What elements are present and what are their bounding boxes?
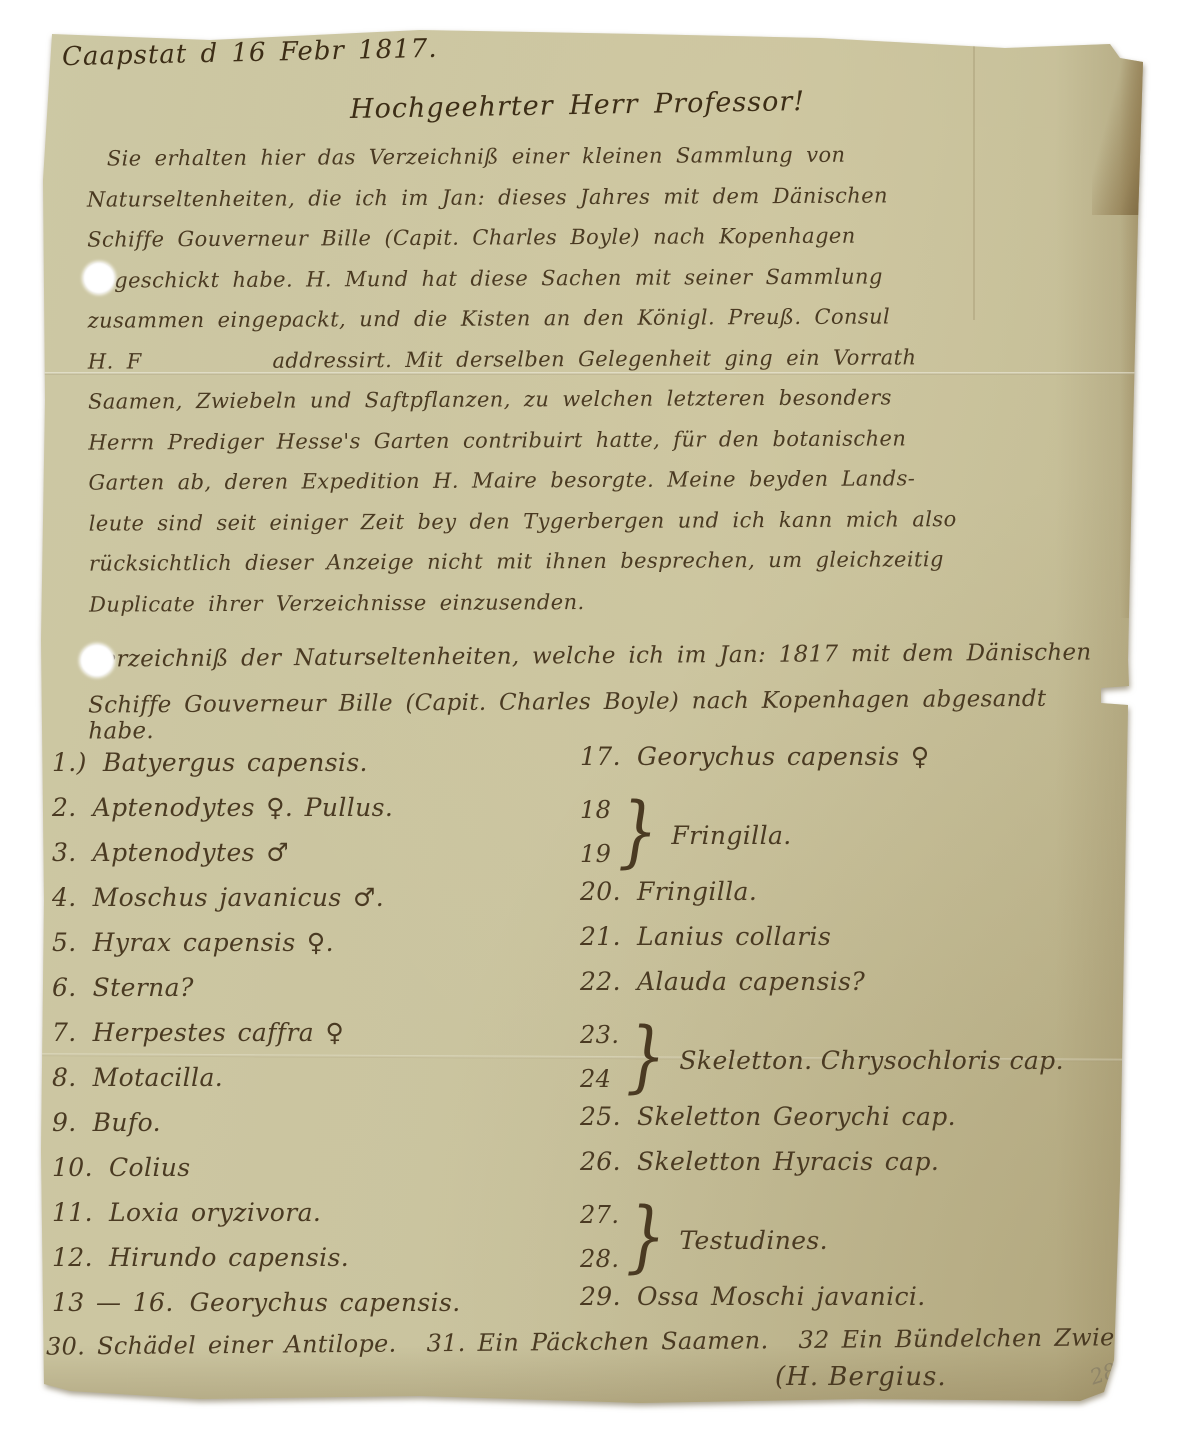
specimen-braced-group: 1819}Fringilla. xyxy=(580,787,1145,877)
specimen-braced-group: 27.28.}Testudines. xyxy=(580,1192,1145,1282)
dateline: Caapstat d 16 Febr 1817. xyxy=(62,34,438,73)
specimen-name: Ossa Moschi javanici. xyxy=(637,1282,926,1311)
specimen-name: Bufo. xyxy=(93,1108,161,1137)
body-line: zusammen eingepackt, und die Kisten an d… xyxy=(88,303,1103,349)
specimen-number: 12. xyxy=(52,1243,93,1272)
specimen-name: Alauda capensis? xyxy=(637,967,865,996)
specimen-number: 7. xyxy=(52,1018,77,1047)
body-line: H. F addressirt. Mit derselben Gelegenhe… xyxy=(88,344,1103,390)
body-line: Schiffe Gouverneur Bille (Capit. Charles… xyxy=(87,222,1102,268)
specimen-row: 1.)Batyergus capensis. xyxy=(52,748,532,793)
body-line: Duplicate ihrer Verzeichnisse einzusende… xyxy=(89,587,1104,633)
punch-hole-bottom xyxy=(80,644,114,677)
specimen-number: 2. xyxy=(52,793,77,822)
specimen-number: 3. xyxy=(52,838,77,867)
punch-hole-top xyxy=(83,262,115,294)
body-line: Herrn Prediger Hesse's Garten contribuir… xyxy=(88,425,1103,471)
specimen-name: Motacilla. xyxy=(93,1063,223,1092)
specimen-number: 23. xyxy=(580,1021,619,1049)
specimen-list-left: 1.)Batyergus capensis.2.Aptenodytes ♀. P… xyxy=(52,748,532,1333)
specimen-number: 22. xyxy=(580,967,621,996)
specimen-row: 12.Hirundo capensis. xyxy=(52,1243,532,1288)
specimen-name: Aptenodytes ♂ xyxy=(93,838,289,867)
body-line: leute sind seit einiger Zeit bey den Tyg… xyxy=(89,506,1104,552)
specimen-number: 5. xyxy=(52,928,77,957)
footer-specimen: 30. Schädel einer Antilope. xyxy=(46,1330,397,1361)
specimen-number: 21. xyxy=(580,922,621,951)
specimen-name: Hyrax capensis ♀. xyxy=(93,928,334,957)
specimen-number: 10. xyxy=(52,1153,93,1182)
brace-glyph: } xyxy=(618,796,658,868)
list-heading-line: Verzeichniß der Naturseltenheiten, welch… xyxy=(88,639,1108,692)
specimen-number: 8. xyxy=(52,1063,77,1092)
specimen-name: Sterna? xyxy=(93,973,194,1002)
specimen-name: Batyergus capensis. xyxy=(103,748,368,777)
specimen-number: 19 xyxy=(580,840,611,868)
specimen-number: 28. xyxy=(580,1245,619,1273)
footer-specimen: 32 Ein Bündelchen Zwiebeln. xyxy=(798,1323,1176,1354)
letter-page: Caapstat d 16 Febr 1817. Hochgeehrter He… xyxy=(0,0,1181,1433)
specimen-row: 2.Aptenodytes ♀. Pullus. xyxy=(52,793,532,838)
specimen-name: Herpestes caffra ♀ xyxy=(93,1018,344,1047)
specimen-row: 4.Moschus javanicus ♂. xyxy=(52,883,532,928)
list-heading-line: Schiffe Gouverneur Bille (Capit. Charles… xyxy=(88,685,1108,738)
specimen-numbers: 23.24 xyxy=(580,1021,619,1093)
specimen-name: Loxia oryzivora. xyxy=(109,1198,321,1227)
specimen-braced-group: 23.24}Skeletton. Chrysochloris cap. xyxy=(580,1012,1145,1102)
specimen-name: Hirundo capensis. xyxy=(109,1243,349,1272)
specimen-row: 26.Skeletton Hyracis cap. xyxy=(580,1147,1145,1192)
specimen-numbers: 27.28. xyxy=(580,1201,619,1273)
body-line: Garten ab, deren Expedition H. Maire bes… xyxy=(88,465,1103,511)
specimen-name: Georychus capensis. xyxy=(190,1288,461,1317)
specimen-row: 22.Alauda capensis? xyxy=(580,967,1145,1012)
specimen-name: Lanius collaris xyxy=(637,922,831,951)
body-line: Naturseltenheiten, die ich im Jan: diese… xyxy=(87,182,1102,228)
body-line: Sie erhalten hier das Verzeichniß einer … xyxy=(87,141,1102,187)
specimen-name: Moschus javanicus ♂. xyxy=(93,883,384,912)
specimen-row: 10.Colius xyxy=(52,1153,532,1198)
body-line: Saamen, Zwiebeln und Saftpflanzen, zu we… xyxy=(88,384,1103,430)
body-line: rücksichtlich dieser Anzeige nicht mit i… xyxy=(89,546,1104,592)
specimen-number: 13 — 16. xyxy=(52,1288,174,1317)
specimen-row: 8.Motacilla. xyxy=(52,1063,532,1108)
specimen-name: Fringilla. xyxy=(637,877,757,906)
specimen-name: Colius xyxy=(109,1153,191,1182)
specimen-number: 17. xyxy=(580,742,621,771)
salutation: Hochgeehrter Herr Professor! xyxy=(350,86,806,125)
specimen-list-right: 17.Georychus capensis ♀1819}Fringilla.20… xyxy=(580,742,1145,1327)
specimen-row: 29.Ossa Moschi javanici. xyxy=(580,1282,1145,1327)
specimen-name: Georychus capensis ♀ xyxy=(637,742,930,771)
list-heading: Verzeichniß der Naturseltenheiten, welch… xyxy=(88,639,1109,738)
specimen-number: 6. xyxy=(52,973,77,1002)
specimen-row: 3.Aptenodytes ♂ xyxy=(52,838,532,883)
specimen-row: 25.Skeletton Georychi cap. xyxy=(580,1102,1145,1147)
specimen-row: 7.Herpestes caffra ♀ xyxy=(52,1018,532,1063)
specimen-row: 13 — 16.Georychus capensis. xyxy=(52,1288,532,1333)
letter-body: Sie erhalten hier das Verzeichniß einer … xyxy=(87,141,1105,632)
specimen-number: 4. xyxy=(52,883,77,912)
specimen-row: 6.Sterna? xyxy=(52,973,532,1018)
ink-speck xyxy=(1118,1371,1123,1376)
brace-glyph: } xyxy=(626,1021,666,1093)
specimen-row: 21.Lanius collaris xyxy=(580,922,1145,967)
specimen-number: 25. xyxy=(580,1102,621,1131)
specimen-number: 29. xyxy=(580,1282,621,1311)
specimen-number: 24 xyxy=(580,1065,619,1093)
specimen-numbers: 1819 xyxy=(580,796,611,868)
specimen-name: Skeletton Hyracis cap. xyxy=(637,1147,939,1176)
specimen-number: 27. xyxy=(580,1201,619,1229)
specimen-number: 26. xyxy=(580,1147,621,1176)
specimen-name: Testudines. xyxy=(679,1226,828,1255)
specimen-number: 20. xyxy=(580,877,621,906)
footer-specimen: 31. Ein Päckchen Saamen. xyxy=(426,1326,768,1357)
signature: (H. Bergius. xyxy=(775,1362,947,1392)
paper-sheet: Caapstat d 16 Febr 1817. Hochgeehrter He… xyxy=(0,0,1181,1433)
brace-glyph: } xyxy=(626,1201,666,1273)
specimen-number: 1.) xyxy=(52,748,87,777)
specimen-row: 9.Bufo. xyxy=(52,1108,532,1153)
specimen-name: Fringilla. xyxy=(671,821,791,850)
specimen-name: Skeletton. Chrysochloris cap. xyxy=(679,1046,1064,1075)
specimen-row: 11.Loxia oryzivora. xyxy=(52,1198,532,1243)
specimen-row: 17.Georychus capensis ♀ xyxy=(580,742,1145,787)
specimen-row: 20.Fringilla. xyxy=(580,877,1145,922)
specimen-name: Aptenodytes ♀. Pullus. xyxy=(93,793,394,822)
body-line: abgeschickt habe. H. Mund hat diese Sach… xyxy=(87,263,1102,309)
specimen-name: Skeletton Georychi cap. xyxy=(637,1102,956,1131)
specimen-number: 9. xyxy=(52,1108,77,1137)
specimen-row: 5.Hyrax capensis ♀. xyxy=(52,928,532,973)
specimen-number: 18 xyxy=(580,796,611,824)
specimen-number: 11. xyxy=(52,1198,93,1227)
